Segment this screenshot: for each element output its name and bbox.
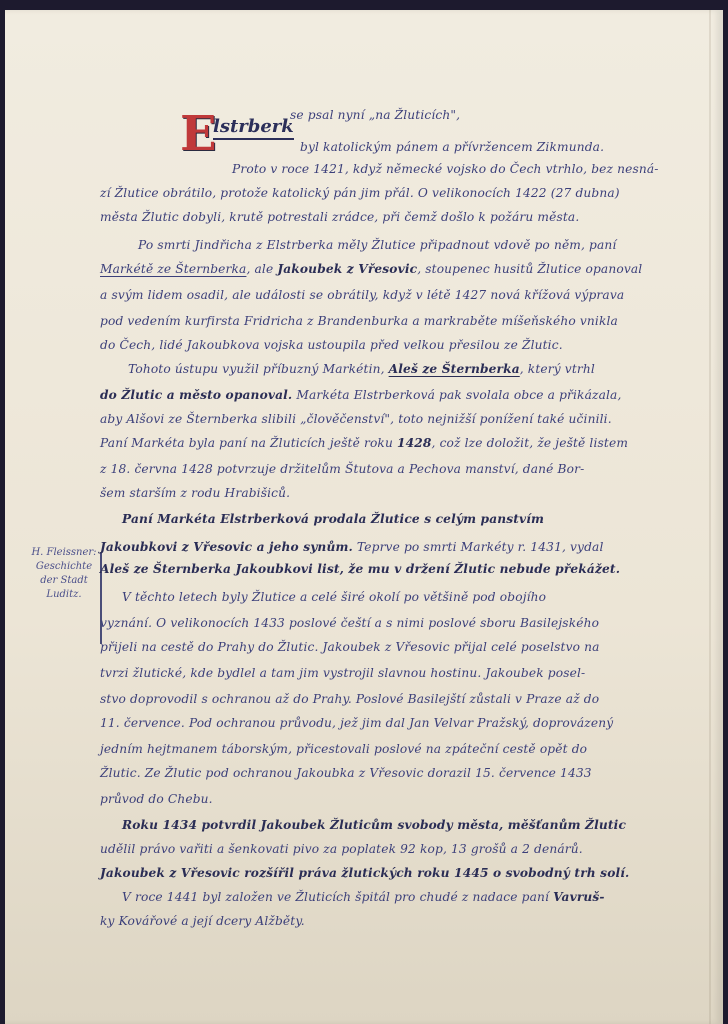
text-line: do Žlutic a město opanoval. Markéta Elst… bbox=[100, 388, 622, 402]
text-segment: Aleš ze Šternberka Jakoubkovi list, že m… bbox=[100, 562, 620, 576]
text-line: V roce 1441 byl založen ve Žluticích špi… bbox=[122, 890, 605, 904]
text-segment: , což lze doložit, že ještě listem bbox=[432, 436, 629, 450]
text-segment: zí Žlutice obrátilo, protože katolický p… bbox=[100, 186, 620, 200]
text-segment: Paní Markéta Elstrberková prodala Žlutic… bbox=[122, 512, 544, 526]
text-line: Jakoubkovi z Vřesovic a jeho synům. Tepr… bbox=[100, 540, 604, 554]
text-segment: Proto v roce 1421, když německé vojsko d… bbox=[232, 162, 659, 176]
text-segment: , ale bbox=[246, 262, 277, 276]
text-line: byl katolickým pánem a přívržencem Zikmu… bbox=[300, 140, 604, 154]
text-segment: Teprve po smrti Markéty r. 1431, vydal bbox=[353, 540, 604, 554]
text-line: pod vedením kurfirsta Fridricha z Brande… bbox=[100, 314, 618, 328]
text-segment: byl katolickým pánem a přívržencem Zikmu… bbox=[300, 140, 604, 154]
text-line: udělil právo vařiti a šenkovati pivo za … bbox=[100, 842, 583, 856]
text-segment: udělil právo vařiti a šenkovati pivo za … bbox=[100, 842, 583, 856]
text-segment: přijeli na cestě do Prahy do Žlutic. Jak… bbox=[100, 640, 600, 654]
text-line: města Žlutic dobyli, krutě potrestali zr… bbox=[100, 210, 579, 224]
text-line: do Čech, lidé Jakoubkova vojska ustoupil… bbox=[100, 338, 563, 352]
text-line: Paní Markéta Elstrberková prodala Žlutic… bbox=[122, 512, 544, 526]
text-segment: stvo doprovodil s ochranou až do Prahy. … bbox=[100, 692, 599, 706]
text-segment: 1428 bbox=[397, 436, 432, 450]
text-segment: Tohoto ústupu využil příbuzný Markétin, bbox=[128, 362, 389, 376]
text-line: V těchto letech byly Žlutice a celé širé… bbox=[122, 590, 546, 604]
margin-note-line: Geschichte bbox=[29, 560, 99, 574]
text-segment: Po smrti Jindřicha z Elstrberka měly Žlu… bbox=[138, 238, 616, 252]
text-line: tvrzi žlutické, kde bydlel a tam jim vys… bbox=[100, 666, 585, 680]
text-segment: z 18. června 1428 potvrzuje držitelům Št… bbox=[100, 462, 584, 476]
text-segment: , který vtrhl bbox=[520, 362, 595, 376]
margin-note-line: Luditz. bbox=[29, 588, 99, 602]
text-line: se psal nyní „na Žluticích", bbox=[290, 108, 460, 122]
text-segment: Paní Markéta byla paní na Žluticích ješt… bbox=[100, 436, 397, 450]
title-word: lstrberk bbox=[213, 116, 294, 140]
text-segment: ky Kovářové a její dcery Alžběty. bbox=[100, 914, 305, 928]
text-segment: tvrzi žlutické, kde bydlel a tam jim vys… bbox=[100, 666, 585, 680]
text-segment: Aleš ze Šternberka bbox=[389, 362, 520, 376]
document-page: E lstrberk H. Fleissner: Geschichte der … bbox=[5, 10, 723, 1024]
text-segment: šem starším z rodu Hrabišiců. bbox=[100, 486, 290, 500]
text-segment: vyznání. O velikonocích 1433 poslové češ… bbox=[100, 616, 599, 630]
text-line: Aleš ze Šternberka Jakoubkovi list, že m… bbox=[100, 562, 620, 576]
text-segment: V roce 1441 byl založen ve Žluticích špi… bbox=[122, 890, 553, 904]
text-segment: do Žlutic a město opanoval. bbox=[100, 388, 292, 402]
text-segment: průvod do Chebu. bbox=[100, 792, 213, 806]
text-segment: Jakoubkovi z Vřesovic a jeho synům. bbox=[100, 540, 353, 554]
text-line: 11. července. Pod ochranou průvodu, jež … bbox=[100, 716, 613, 730]
text-line: Paní Markéta byla paní na Žluticích ješt… bbox=[100, 436, 628, 450]
text-segment: se psal nyní „na Žluticích", bbox=[290, 108, 460, 122]
text-segment: , stoupenec husitů Žlutice opanoval bbox=[417, 262, 642, 276]
margin-note-line: der Stadt bbox=[29, 574, 99, 588]
text-segment: do Čech, lidé Jakoubkova vojska ustoupil… bbox=[100, 338, 563, 352]
text-line: stvo doprovodil s ochranou až do Prahy. … bbox=[100, 692, 599, 706]
text-segment: V těchto letech byly Žlutice a celé širé… bbox=[122, 590, 546, 604]
text-line: Po smrti Jindřicha z Elstrberka měly Žlu… bbox=[138, 238, 616, 252]
text-line: Roku 1434 potvrdil Jakoubek Žluticům svo… bbox=[122, 818, 626, 832]
text-segment: Jakoubek z Vřesovic bbox=[277, 262, 417, 276]
text-line: ky Kovářové a její dcery Alžběty. bbox=[100, 914, 305, 928]
text-segment: 11. července. Pod ochranou průvodu, jež … bbox=[100, 716, 613, 730]
text-segment: a svým lidem osadil, ale události se obr… bbox=[100, 288, 624, 302]
text-line: Proto v roce 1421, když německé vojsko d… bbox=[232, 162, 659, 176]
text-line: Jakoubek z Vřesovic rozšířil práva žluti… bbox=[100, 866, 629, 880]
text-segment: Jakoubek z Vřesovic rozšířil práva žluti… bbox=[100, 866, 629, 880]
text-line: Tohoto ústupu využil příbuzný Markétin, … bbox=[128, 362, 595, 376]
text-segment: aby Alšovi ze Šternberka slibili „člověč… bbox=[100, 412, 612, 426]
text-segment: Vavruš- bbox=[553, 890, 605, 904]
text-segment: Žlutic. Ze Žlutic pod ochranou Jakoubka … bbox=[100, 766, 592, 780]
decorated-initial: E bbox=[180, 110, 217, 158]
text-line: z 18. června 1428 potvrzuje držitelům Št… bbox=[100, 462, 584, 476]
margin-note-line: H. Fleissner: bbox=[29, 546, 99, 560]
text-segment: pod vedením kurfirsta Fridricha z Brande… bbox=[100, 314, 618, 328]
text-line: jedním hejtmanem táborským, přicestovali… bbox=[100, 742, 587, 756]
margin-citation: H. Fleissner: Geschichte der Stadt Ludit… bbox=[29, 546, 99, 602]
text-segment: jedním hejtmanem táborským, přicestovali… bbox=[100, 742, 587, 756]
text-segment: Markéta Elstrberková pak svolala obce a … bbox=[292, 388, 621, 402]
text-segment: města Žlutic dobyli, krutě potrestali zr… bbox=[100, 210, 579, 224]
text-line: a svým lidem osadil, ale události se obr… bbox=[100, 288, 624, 302]
text-line: zí Žlutice obrátilo, protože katolický p… bbox=[100, 186, 620, 200]
text-line: vyznání. O velikonocích 1433 poslové češ… bbox=[100, 616, 599, 630]
text-segment: Markétě ze Šternberka bbox=[100, 262, 246, 276]
text-line: přijeli na cestě do Prahy do Žlutic. Jak… bbox=[100, 640, 600, 654]
text-line: Žlutic. Ze Žlutic pod ochranou Jakoubka … bbox=[100, 766, 592, 780]
text-line: šem starším z rodu Hrabišiců. bbox=[100, 486, 290, 500]
text-line: průvod do Chebu. bbox=[100, 792, 213, 806]
text-segment: Roku 1434 potvrdil Jakoubek Žluticům svo… bbox=[122, 818, 626, 832]
text-line: aby Alšovi ze Šternberka slibili „člověč… bbox=[100, 412, 612, 426]
text-line: Markétě ze Šternberka, ale Jakoubek z Vř… bbox=[100, 262, 642, 276]
